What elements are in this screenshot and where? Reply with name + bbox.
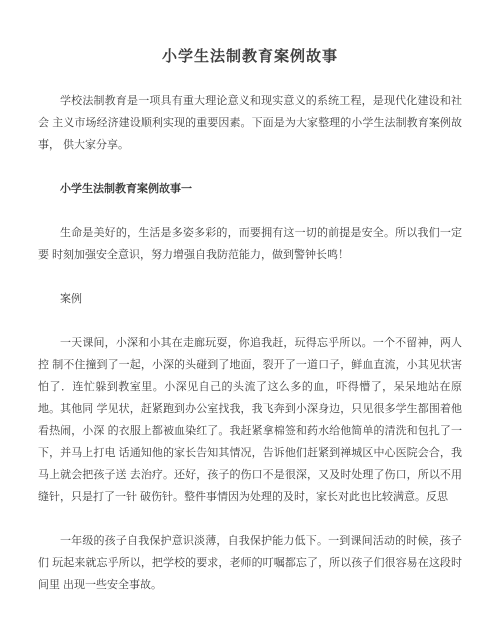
- case-label: 案例: [38, 288, 462, 310]
- page-title: 小学生法制教育案例故事: [38, 46, 462, 68]
- section-heading: 小学生法制教育案例故事一: [38, 178, 462, 200]
- reflection-paragraph: 一年级的孩子自我保护意识淡薄，自我保护能力低下。一到课间活动的时候，孩子们 玩起…: [38, 530, 462, 596]
- intro-paragraph: 学校法制教育是一项具有重大理论意义和现实意义的系统工程，是现代化建设和社会 主义…: [38, 90, 462, 156]
- case-body-paragraph: 一天课间，小深和小其在走廊玩耍，你追我赶，玩得忘乎所以。一个不留神，两人控 制不…: [38, 332, 462, 508]
- document-page: 小学生法制教育案例故事 学校法制教育是一项具有重大理论意义和现实意义的系统工程，…: [0, 0, 500, 630]
- opening-paragraph: 生命是美好的，生活是多姿多彩的，而要拥有这一切的前提是安全。所以我们一定要 时刻…: [38, 222, 462, 266]
